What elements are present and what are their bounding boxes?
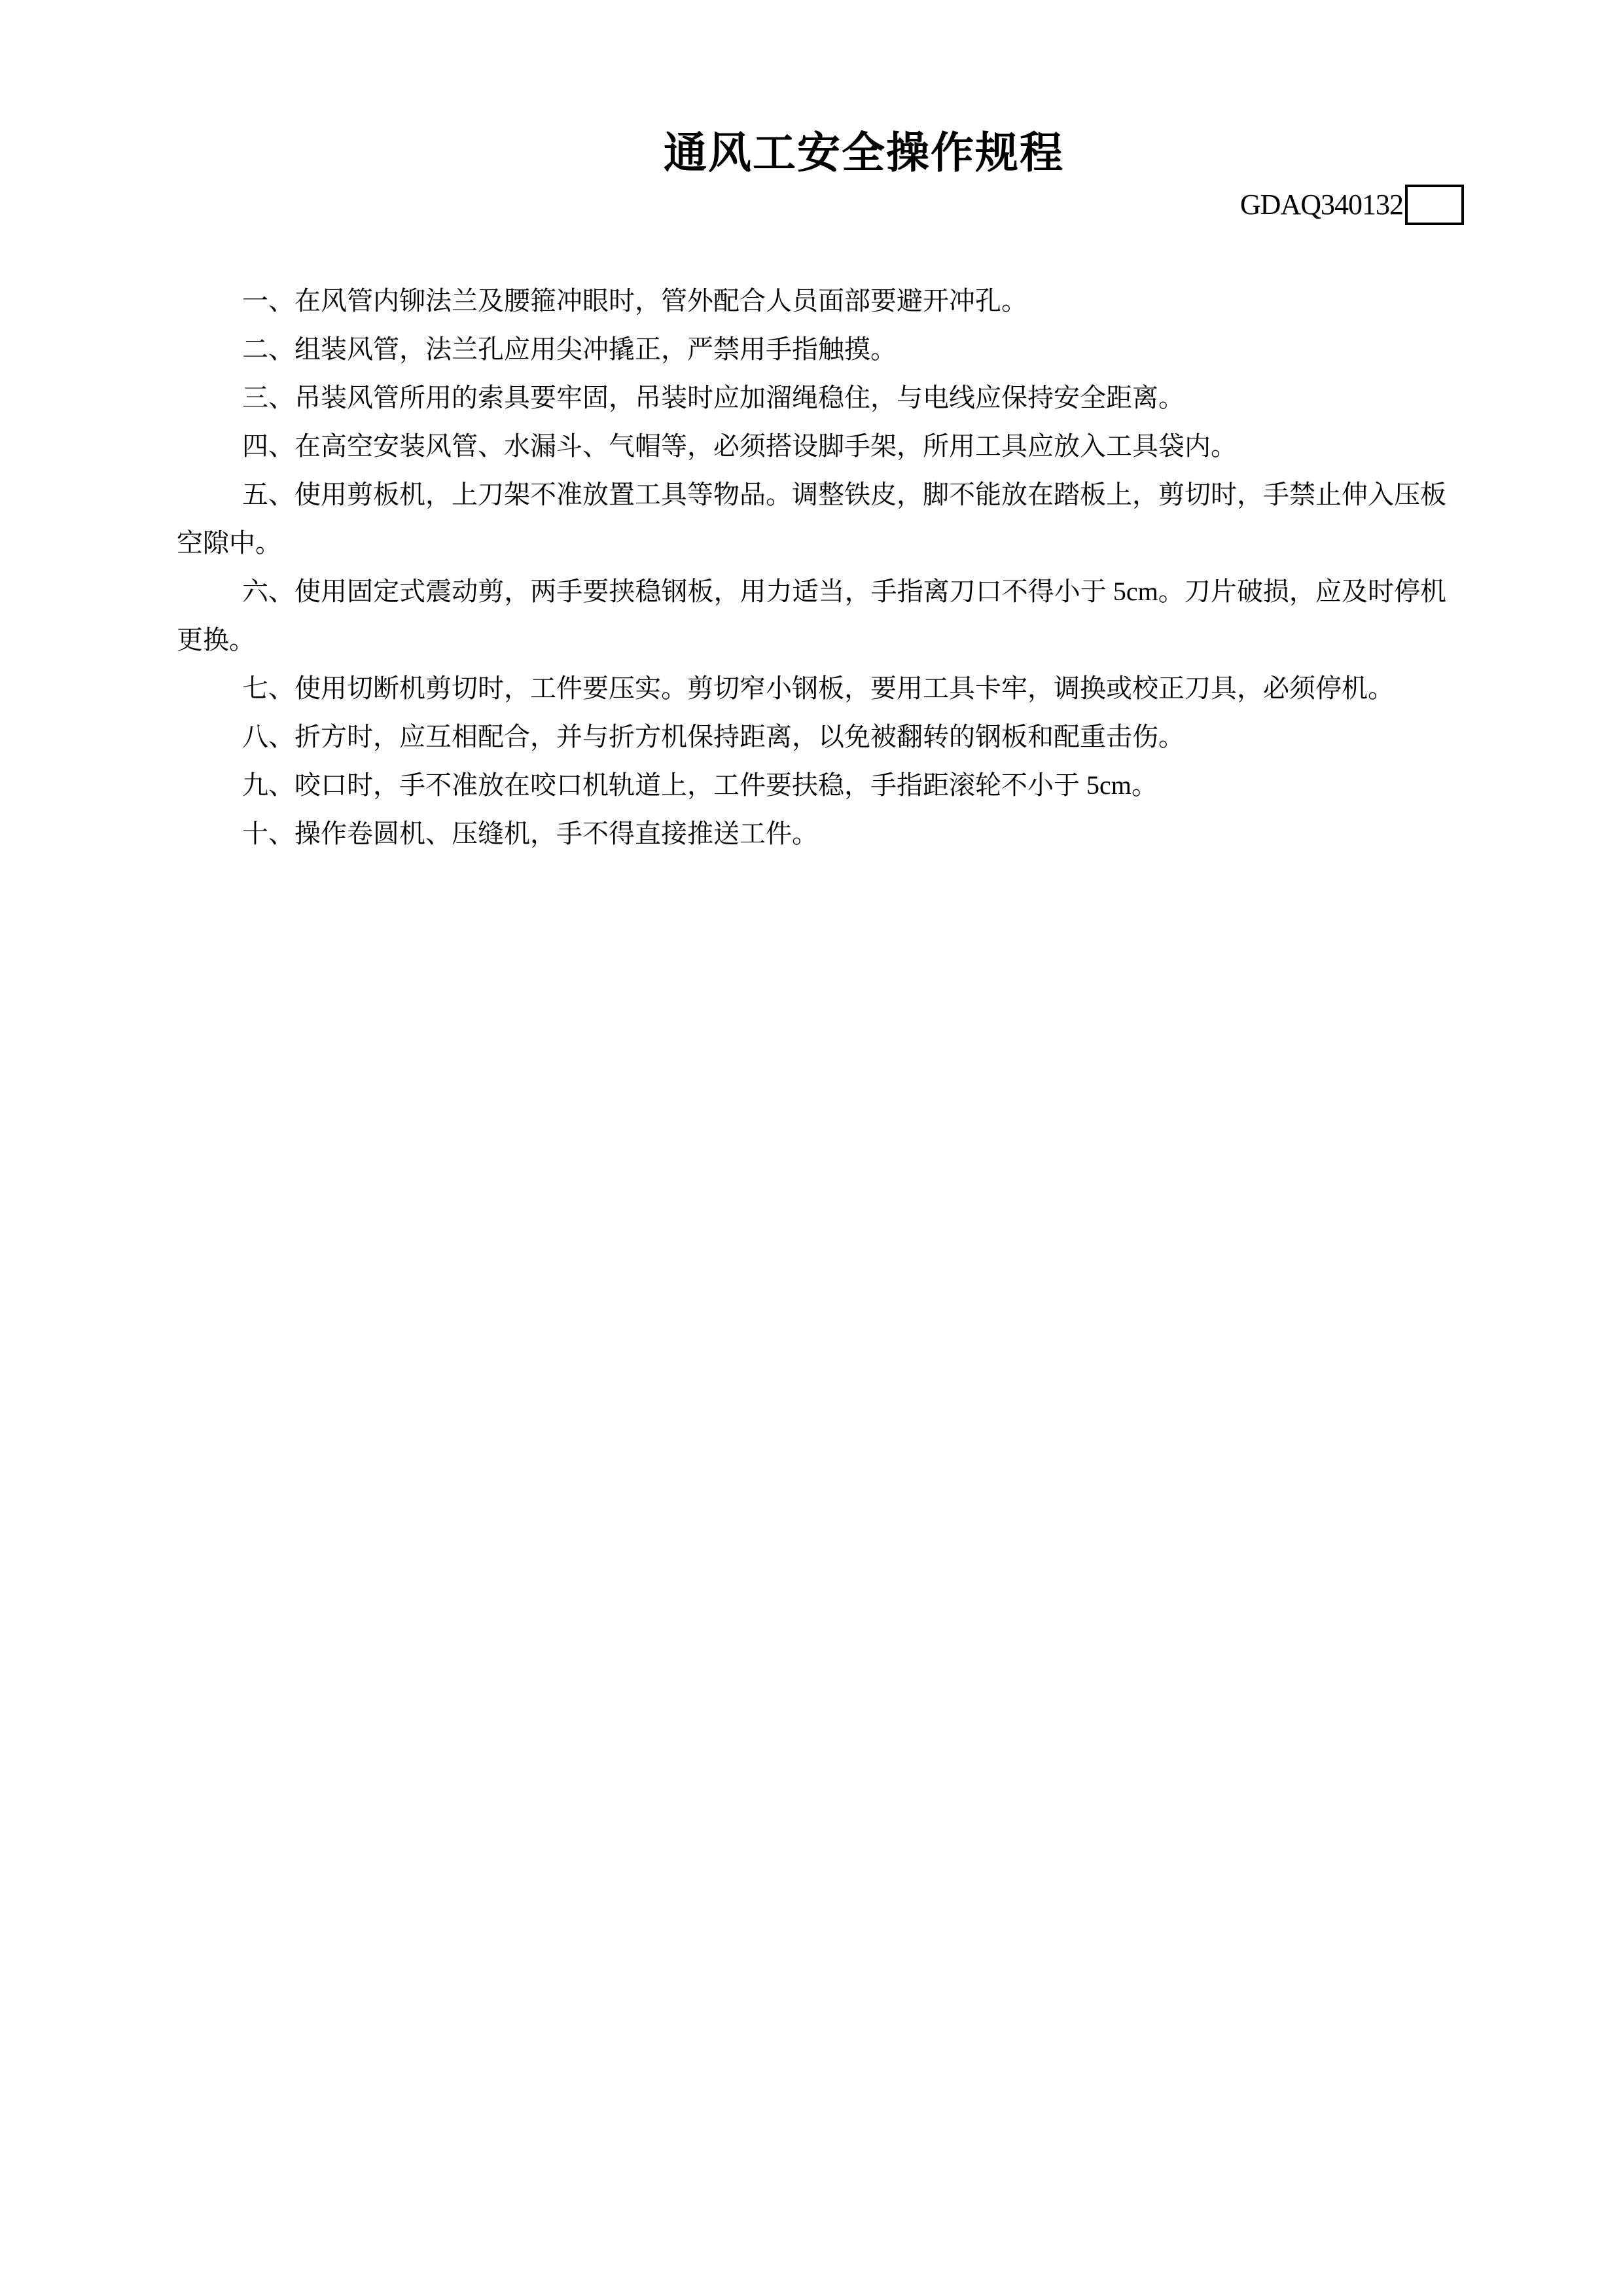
procedure-item: 七、使用切断机剪切时，工件要压实。剪切窄小钢板，要用工具卡牢，调换或校正刀具，必… bbox=[177, 664, 1446, 713]
procedure-item: 九、咬口时，手不准放在咬口机轨道上，工件要扶稳，手指距滚轮不小于 5cm。 bbox=[177, 761, 1446, 810]
doc-code-text: GDAQ340132 bbox=[1240, 185, 1403, 225]
procedure-item: 六、使用固定式震动剪，两手要挟稳钢板，用力适当，手指离刀口不得小于 5cm。刀片… bbox=[177, 567, 1446, 664]
page-title: 通风工安全操作规程 bbox=[0, 0, 1623, 179]
procedure-item: 三、吊装风管所用的索具要牢固，吊装时应加溜绳稳住，与电线应保持安全距离。 bbox=[177, 374, 1446, 422]
procedure-item: 八、折方时，应互相配合，并与折方机保持距离，以免被翻转的钢板和配重击伤。 bbox=[177, 713, 1446, 761]
procedure-list: 一、在风管内铆法兰及腰箍冲眼时，管外配合人员面部要避开冲孔。 二、组装风管，法兰… bbox=[0, 277, 1623, 858]
doc-code-box bbox=[1405, 185, 1464, 225]
procedure-item: 十、操作卷圆机、压缝机，手不得直接推送工件。 bbox=[177, 810, 1446, 858]
procedure-item: 四、在高空安装风管、水漏斗、气帽等，必须搭设脚手架，所用工具应放入工具袋内。 bbox=[177, 422, 1446, 471]
procedure-item: 一、在风管内铆法兰及腰箍冲眼时，管外配合人员面部要避开冲孔。 bbox=[177, 277, 1446, 325]
procedure-item: 二、组装风管，法兰孔应用尖冲撬正，严禁用手指触摸。 bbox=[177, 325, 1446, 374]
document-page: 通风工安全操作规程 GDAQ340132 一、在风管内铆法兰及腰箍冲眼时，管外配… bbox=[0, 0, 1623, 2296]
procedure-item: 五、使用剪板机，上刀架不准放置工具等物品。调整铁皮，脚不能放在踏板上，剪切时，手… bbox=[177, 471, 1446, 567]
doc-code: GDAQ340132 bbox=[0, 184, 1623, 226]
